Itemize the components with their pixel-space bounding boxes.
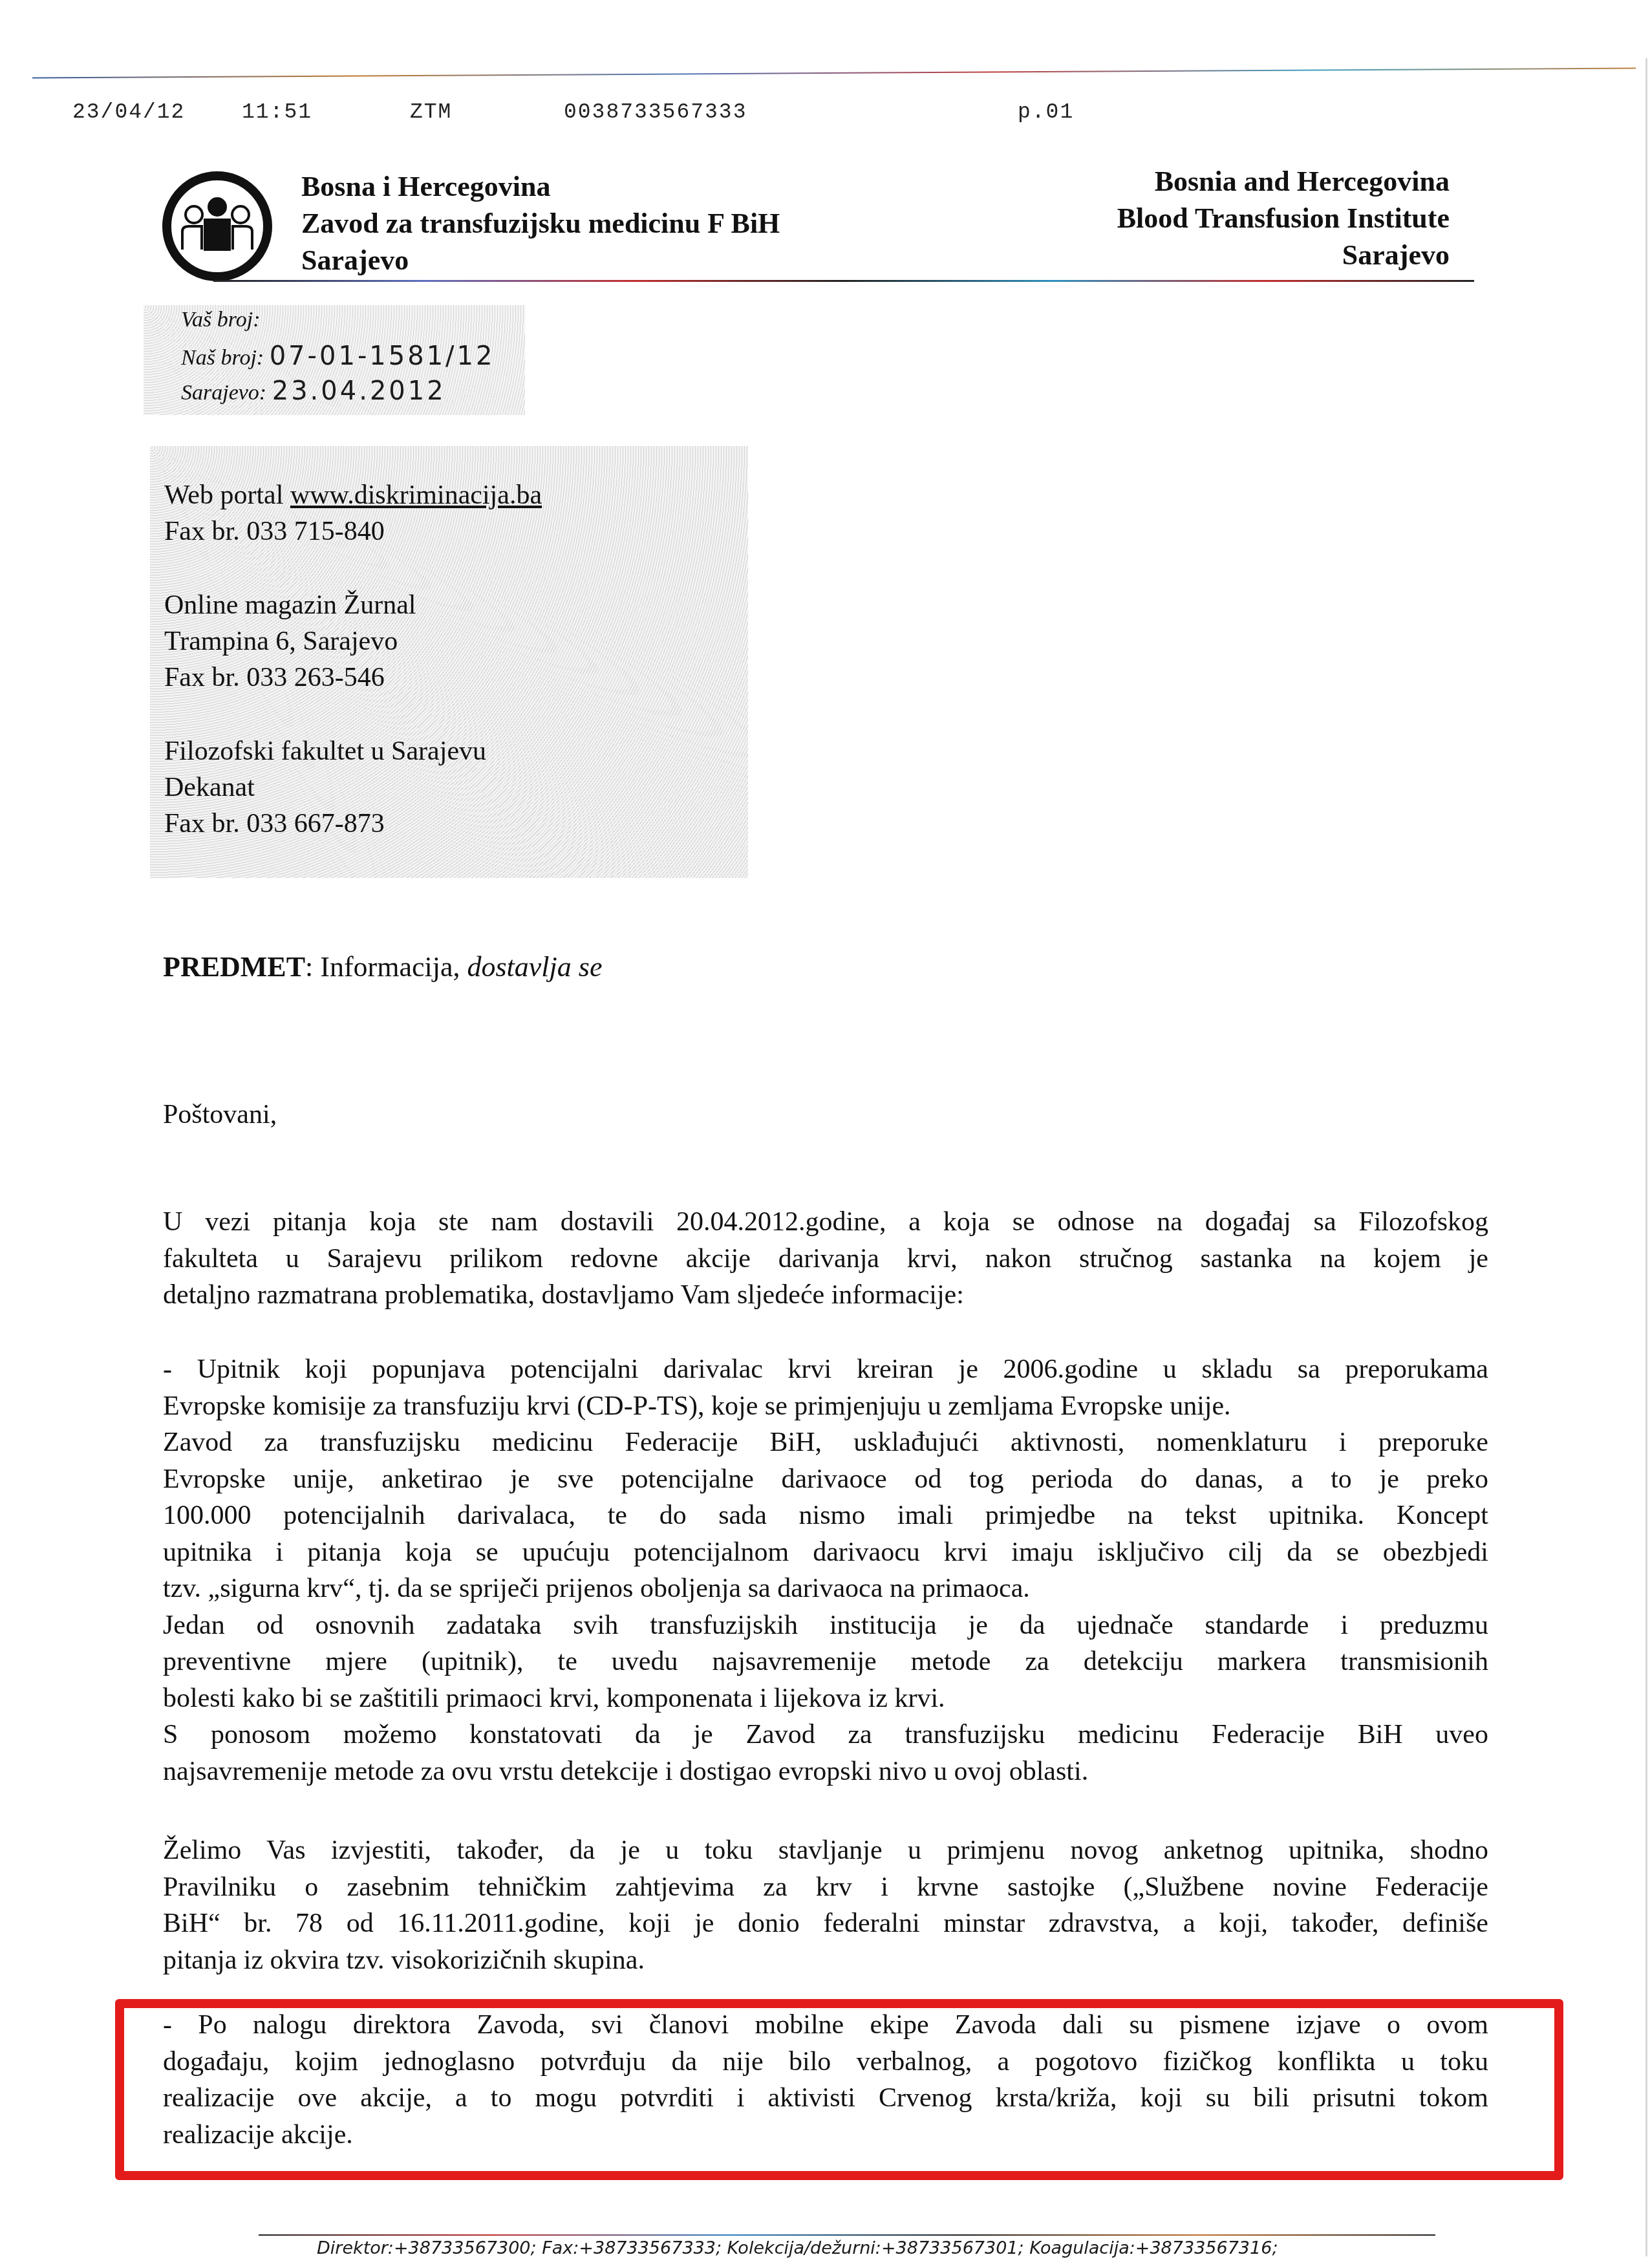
text-line: U vezi pitanja koja ste nam dostavili 20…	[163, 1204, 1488, 1241]
text-line: preventivne mjere (upitnik), te uvedu na…	[163, 1643, 1488, 1680]
our-number-row: Naš broj: 07-01-1581/12	[181, 341, 495, 371]
our-number-label: Naš broj:	[181, 346, 264, 370]
recipient-fax: Fax br. 033 263-546	[164, 662, 385, 693]
fax-top-rule	[32, 67, 1636, 78]
text-line: Zavod za transfuzijsku medicinu Federaci…	[163, 1424, 1488, 1461]
subject-label: PREDMET	[163, 951, 305, 983]
recipient-name: Online magazin Žurnal	[164, 590, 416, 621]
text-line: Evropske komisije za transfuziju krvi (C…	[163, 1388, 1488, 1425]
text-line: detaljno razmatrana problematika, dostav…	[163, 1277, 1488, 1314]
reference-stamp: Vaš broj: Naš broj: 07-01-1581/12 Saraje…	[144, 305, 525, 415]
recipient-address: Trampina 6, Sarajevo	[164, 626, 398, 657]
text-line: 100.000 potencijalnih darivalaca, te do …	[163, 1497, 1488, 1534]
subject-note: dostavlja se	[467, 951, 602, 983]
recipient-name: Filozofski fakultet u Sarajevu	[164, 736, 486, 767]
letterhead-institute: Zavod za transfuzijsku medicinu F BiH	[301, 205, 780, 242]
footer-divider	[259, 2234, 1435, 2236]
text-line: bolesti kako bi se zaštitili primaoci kr…	[163, 1680, 1488, 1717]
salutation: Poštovani,	[163, 1099, 277, 1130]
recipient-fax: Fax br. 033 667-873	[164, 808, 385, 839]
text-line: Želimo Vas izvjestiti, također, da je u …	[163, 1832, 1488, 1869]
your-number-label: Vaš broj:	[181, 308, 260, 332]
subject-line: PREDMET: Informacija, dostavlja se	[163, 950, 602, 983]
footer-contacts: Direktor:+38733567300; Fax:+38733567333;…	[317, 2238, 1278, 2258]
text-line: Evropske unije, anketirao je sve potenci…	[163, 1461, 1488, 1498]
letterhead-english: Bosnia and Hercegovina Blood Transfusion…	[1117, 163, 1450, 273]
letter-date: 23.04.2012	[272, 376, 446, 406]
fax-sender-id: ZTM	[410, 100, 452, 124]
text-line: Jedan od osnovnih zadataka svih transfuz…	[163, 1607, 1488, 1644]
text-line: pitanja iz okvira tzv. visokorizičnih sk…	[163, 1942, 1488, 1979]
people-in-circle-icon	[160, 169, 274, 283]
letterhead-country-en: Bosnia and Hercegovina	[1117, 163, 1450, 200]
text-line: najsavremenije metode za ovu vrstu detek…	[163, 1753, 1488, 1790]
fax-date: 23/04/12	[72, 100, 185, 124]
text-line: događaju, kojim jednoglasno potvrđuju da…	[163, 2044, 1488, 2081]
paragraph-intro: U vezi pitanja koja ste nam dostavili 20…	[163, 1204, 1488, 1314]
date-row: Sarajevo: 23.04.2012	[181, 376, 446, 406]
letterhead-city: Sarajevo	[301, 242, 780, 279]
paragraph-new-questionnaire: Želimo Vas izvjestiti, također, da je u …	[163, 1832, 1488, 1978]
recipient-web-portal: Web portal www.diskriminacija.ba	[164, 480, 542, 511]
text-line: S ponosom možemo konstatovati da je Zavo…	[163, 1717, 1488, 1753]
place-label: Sarajevo:	[181, 381, 266, 405]
recipient-department: Dekanat	[164, 772, 255, 803]
letterhead-local: Bosna i Hercegovina Zavod za transfuzijs…	[301, 168, 780, 279]
our-number-value: 07-01-1581/12	[270, 341, 495, 371]
text-line: tzv. „sigurna krv“, tj. da se spriječi p…	[163, 1570, 1488, 1607]
fax-page: p.01	[1018, 100, 1074, 124]
text-line: BiH“ br. 78 od 16.11.2011.godine, koji j…	[163, 1905, 1488, 1942]
text-line: - Upitnik koji popunjava potencijalni da…	[163, 1351, 1488, 1388]
text-line: fakulteta u Sarajevu prilikom redovne ak…	[163, 1241, 1488, 1278]
recipient-website-link[interactable]: www.diskriminacija.ba	[290, 480, 542, 510]
text-line: realizacije ove akcije, a to mogu potvrd…	[163, 2080, 1488, 2117]
letterhead-institute-en: Blood Transfusion Institute	[1117, 200, 1450, 237]
text-line: - Po nalogu direktora Zavoda, svi članov…	[163, 2007, 1488, 2044]
recipients-block: Web portal www.diskriminacija.ba Fax br.…	[150, 446, 748, 878]
text-line: upitnika i pitanja koja se upućuju poten…	[163, 1534, 1488, 1571]
text-line: Pravilniku o zasebnim tehničkim zahtjevi…	[163, 1869, 1488, 1906]
text-line: realizacije akcije.	[163, 2117, 1488, 2154]
scan-edge	[1645, 58, 1647, 2256]
subject-text: : Informacija,	[305, 951, 467, 983]
recipient-fax: Fax br. 033 715-840	[164, 516, 385, 547]
fax-time: 11:51	[242, 100, 312, 124]
fax-number: 0038733567333	[564, 100, 747, 124]
paragraph-mobile-team-statement: - Po nalogu direktora Zavoda, svi članov…	[163, 2007, 1488, 2153]
paragraph-questionnaire: - Upitnik koji popunjava potencijalni da…	[163, 1351, 1488, 1790]
letterhead-city-en: Sarajevo	[1117, 237, 1450, 273]
recipient-name: Web portal	[164, 480, 290, 510]
letterhead-country: Bosna i Hercegovina	[301, 168, 780, 205]
letterhead-divider	[213, 280, 1474, 282]
